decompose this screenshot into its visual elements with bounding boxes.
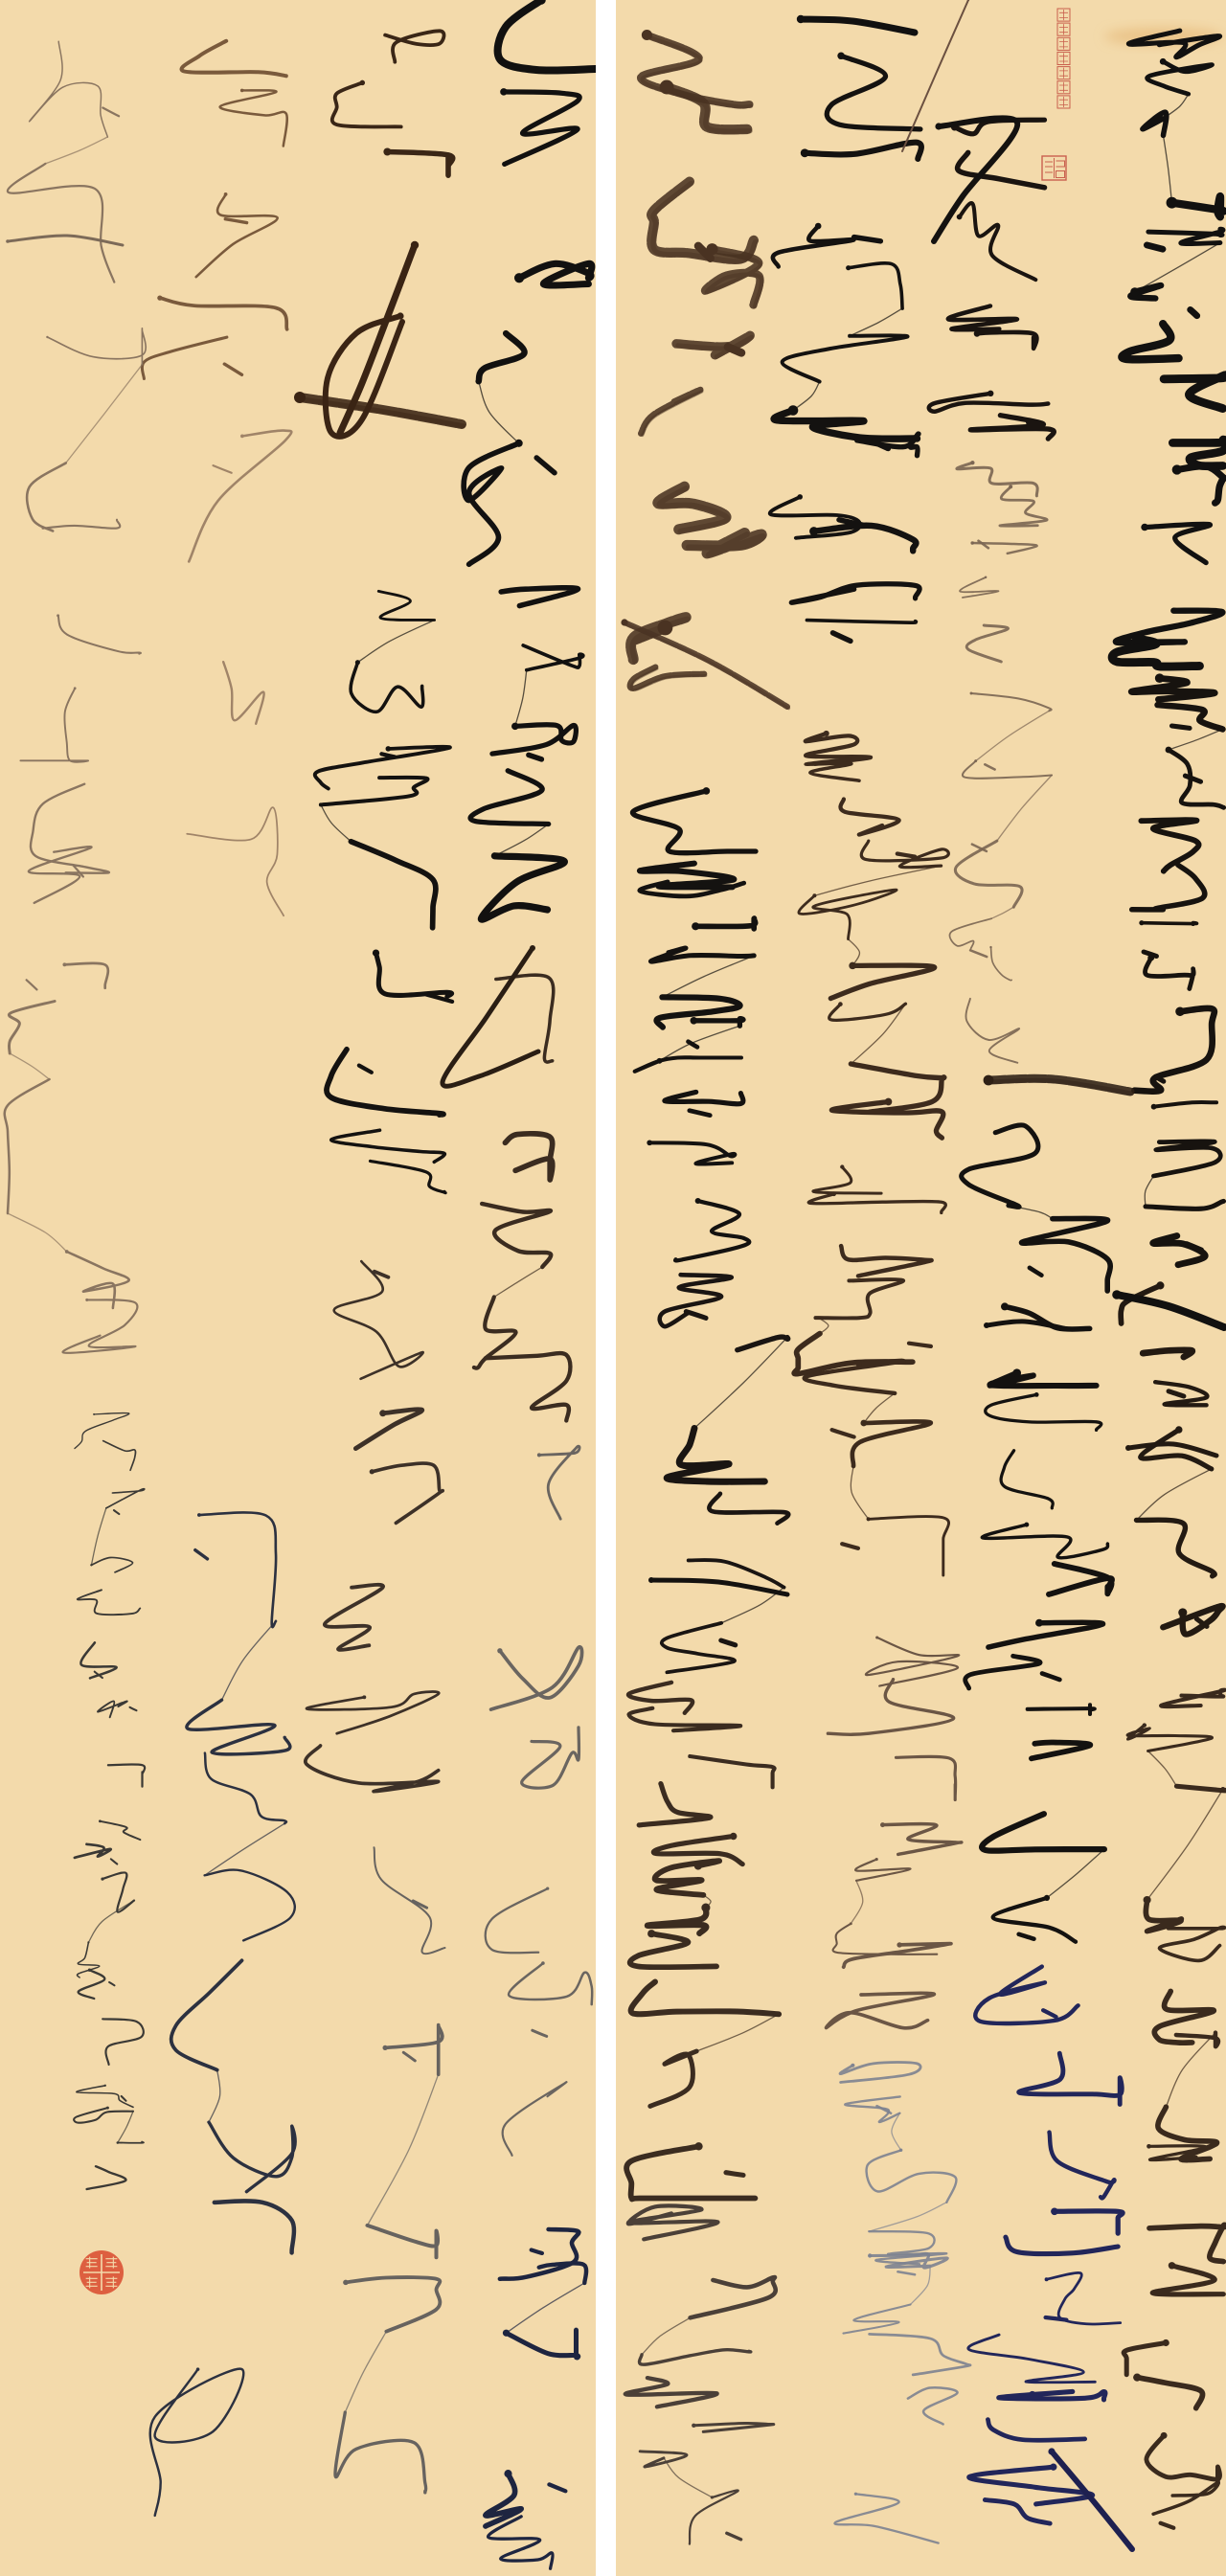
calligraphy-column-l4: 吾庐独破受冻死亦足 (8, 10, 144, 1360)
calligraphy-artwork: 八月秋高风怒号卷我屋上三重茅茅飞渡江洒江郊高者挂罥长林梢 下者飘转沉塘坳南村群童… (0, 0, 1226, 2576)
calligraphy-column-l2: 万间大庇天下寒士俱欢颜风雨不动安如山 (300, 19, 462, 2576)
calligraphy-column-l3: 呜呼何时眼前突兀见此屋 (144, 19, 302, 2576)
calligraphy-column-r4: 布衾多年冷似铁娇儿恶卧踏里裂床头屋漏无干处雨脚如麻未断绝自经 (621, 19, 790, 2566)
calligraphy-column-r3: 唇焦口燥呼不得归来倚杖自叹息俄顷风定云墨色秋天漠漠向昏黑 (766, 48, 967, 2566)
calligraphy-column-l1: 丧乱少睡眠长夜沾湿何由彻安得广厦千 (445, 0, 596, 2576)
calligraphy-column-r1: 八月秋高风怒号卷我屋上三重茅茅飞渡江洒江郊高者挂罥长林梢 (1116, 24, 1224, 2566)
transcription-layer: 八月秋高风怒号卷我屋上三重茅茅飞渡江洒江郊高者挂罥长林梢 下者飘转沉塘坳南村群童… (0, 0, 1226, 2576)
signature-inscription: 己亥 (73, 1408, 144, 2203)
